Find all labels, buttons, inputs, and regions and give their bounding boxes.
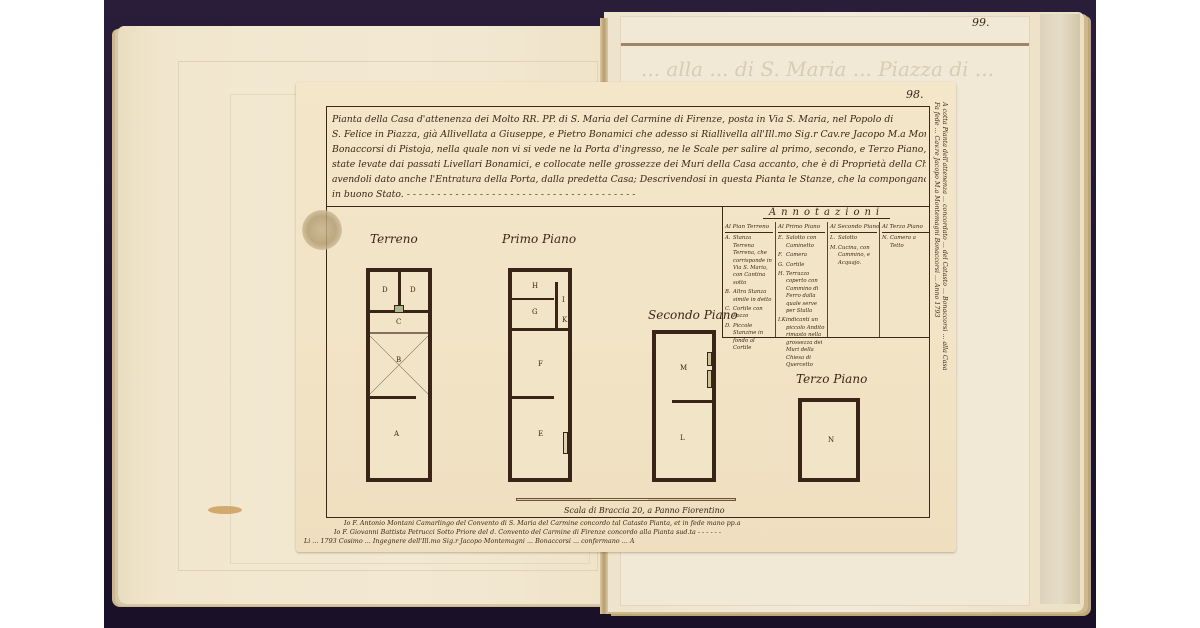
- room-letter: N: [828, 436, 834, 444]
- wall-segment: [512, 298, 554, 300]
- plan-primo-piano: H G I K F E: [508, 268, 572, 482]
- room-letter: D: [410, 286, 416, 294]
- window-marker: [563, 432, 568, 454]
- scale-caption: Scala di Braccia 20, a Panno Fiorentino: [564, 506, 725, 515]
- entry-key: N.: [882, 235, 888, 250]
- underlying-page-ghost-text: ... alla ... di S. Maria ... Piazza di .…: [641, 57, 994, 81]
- column-header: Al Secondo Piano: [830, 224, 877, 233]
- attestation-line: Li ... 1793 Cosimo ... Ingegnere dell'Il…: [304, 537, 954, 546]
- plan-terreno: D D C B A: [366, 268, 432, 482]
- title-line: Pianta della Casa d'attenenza dei Molto …: [332, 112, 926, 127]
- column-header: Al Primo Piano: [778, 224, 825, 233]
- column-header: Al Terzo Piano: [882, 224, 929, 233]
- scale-bar: [516, 496, 736, 502]
- wall-segment: [512, 328, 568, 331]
- entry-key: F.: [778, 252, 784, 259]
- floor-label-primo-piano: Primo Piano: [502, 232, 576, 246]
- entry-key: A.: [725, 235, 731, 287]
- wall-segment: [555, 282, 558, 328]
- wax-seal-stamp: [302, 210, 342, 250]
- paper-stain: [208, 506, 242, 514]
- annotation-entry: A.Stanza Terrena Terrena, che corrispond…: [725, 235, 773, 287]
- annotation-entry: L.Salotto: [830, 235, 877, 242]
- room-letter: E: [538, 430, 543, 438]
- hearth-marker: [707, 352, 712, 366]
- title-line: in buono Stato. - - - - - - - - - - - - …: [332, 187, 926, 202]
- wall-segment: [512, 396, 554, 399]
- plan-page-number: 98.: [906, 88, 924, 101]
- room-letter: G: [532, 308, 538, 316]
- entry-key: D.: [725, 323, 731, 353]
- entry-text: Camera: [786, 252, 807, 259]
- room-letter: K: [562, 316, 567, 324]
- entry-text: Salotto con Caminetto: [786, 235, 825, 250]
- entry-text: Cucina, con Cammino, e Acquajo.: [838, 245, 877, 267]
- room-letter: L: [680, 434, 685, 442]
- entry-key: G.: [778, 262, 784, 269]
- floor-plan-sheet: 98. Pianta della Casa d'attenenza dei Mo…: [296, 82, 956, 552]
- annotations-column: Al Pian Terreno A.Stanza Terrena Terrena…: [723, 222, 775, 337]
- attestation-line: Io F. Antonio Montani Camarlingo del Con…: [304, 519, 954, 528]
- room-letter: A: [394, 430, 399, 438]
- vertical-margin-notes: A cotta Pianta dell'attenenza ... concor…: [936, 102, 950, 522]
- annotation-entry: D.Piccole Stanzine in fondo al Cortile: [725, 323, 773, 353]
- entry-key: E.: [778, 235, 784, 250]
- entry-key: M.: [830, 245, 836, 267]
- annotation-entry: B.Altra Stanza simile in detto: [725, 289, 773, 304]
- annotations-table: Annotazioni Al Pian Terreno A.Stanza Ter…: [722, 206, 930, 338]
- margin-note-line: Fa fede ... Cav.re Jacopo M.a Montemagni…: [933, 102, 940, 522]
- sink-marker: [707, 370, 712, 388]
- room-letter: F: [538, 360, 543, 368]
- attestation-notes: Io F. Antonio Montani Camarlingo del Con…: [304, 519, 954, 546]
- underlying-page-number: 99.: [972, 16, 990, 29]
- room-letter: M: [680, 364, 687, 372]
- entry-key: C.: [725, 306, 731, 321]
- title-line: S. Felice in Piazza, già Allivellata a G…: [332, 127, 926, 142]
- entry-text: Camera a Tetto: [890, 235, 929, 250]
- entry-key: B.: [725, 289, 731, 304]
- annotation-entry: I.K.indicanti un piccolo Andito rimasto …: [778, 317, 825, 369]
- wall-segment: [672, 400, 712, 403]
- annotations-column: Al Primo Piano E.Salotto con Caminetto F…: [775, 222, 827, 337]
- annotation-entry: C.Cortile con Pozzo: [725, 306, 773, 321]
- annotation-entry: N.Camera a Tetto: [882, 235, 929, 250]
- room-letter: C: [396, 318, 401, 326]
- entry-text: Cortile con Pozzo: [733, 306, 773, 321]
- entry-text: Stanza Terrena Terrena, che corrisponde …: [733, 235, 773, 287]
- annotation-entry: H.Terrazzo coperto con Cammino di Ferro …: [778, 271, 825, 315]
- annotation-entry: F.Camera: [778, 252, 825, 259]
- room-letter: H: [532, 282, 538, 290]
- plan-title-block: Pianta della Casa d'attenenza dei Molto …: [332, 112, 926, 202]
- wall-segment: [370, 332, 428, 334]
- title-line: Bonaccorsi di Pistoja, nella quale non v…: [332, 142, 926, 157]
- entry-text: Salotto: [838, 235, 857, 242]
- entry-key: H.: [778, 271, 784, 315]
- annotation-entry: G.Cortile: [778, 262, 825, 269]
- entry-text: Piccole Stanzine in fondo al Cortile: [733, 323, 773, 353]
- entry-text: Altra Stanza simile in detto: [733, 289, 773, 304]
- well-marker: [394, 305, 404, 313]
- entry-key: I.K.: [778, 317, 784, 369]
- annotation-entry: M.Cucina, con Cammino, e Acquajo.: [830, 245, 877, 267]
- annotations-column: Al Secondo Piano L.Salotto M.Cucina, con…: [827, 222, 879, 337]
- floor-label-terreno: Terreno: [370, 232, 418, 246]
- page-rule: [621, 43, 1029, 46]
- entry-text: indicanti un piccolo Andito rimasto nell…: [786, 317, 825, 369]
- plan-terzo-piano: N: [798, 398, 860, 482]
- annotations-column: Al Terzo Piano N.Camera a Tetto: [879, 222, 931, 337]
- column-header: Al Pian Terreno: [725, 224, 773, 233]
- title-line: state levate dai passati Livellari Bonam…: [332, 157, 926, 172]
- room-letter: D: [382, 286, 388, 294]
- scale-bar-graphic: [516, 498, 736, 501]
- entry-text: Terrazzo coperto con Cammino di Ferro da…: [786, 271, 825, 315]
- attestation-line: Io F. Giovanni Battista Petrucci Sotto P…: [304, 528, 954, 537]
- annotation-entry: E.Salotto con Caminetto: [778, 235, 825, 250]
- margin-note-line: A cotta Pianta dell'attenenza ... concor…: [941, 102, 948, 522]
- wall-segment: [370, 396, 416, 399]
- room-letter: I: [562, 296, 565, 304]
- annotations-title: Annotazioni: [723, 207, 930, 218]
- title-line: avendoli dato anche l'Entratura della Po…: [332, 172, 926, 187]
- room-letter: B: [396, 356, 401, 364]
- right-edge-guard-sheet: [1040, 14, 1080, 604]
- floor-label-terzo-piano: Terzo Piano: [796, 372, 867, 386]
- entry-text: Cortile: [786, 262, 804, 269]
- entry-key: L.: [830, 235, 836, 242]
- vault-diagonals: [370, 336, 428, 394]
- plan-secondo-piano: M L: [652, 330, 716, 482]
